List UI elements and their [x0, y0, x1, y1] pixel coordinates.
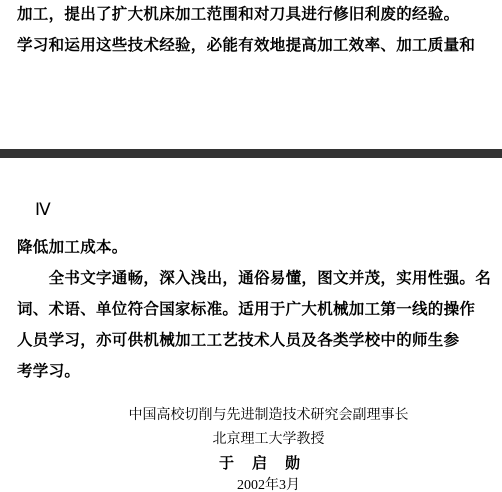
text-line: 全书文字通畅，深入浅出，通俗易懂，图文并茂，实用性强。名: [17, 268, 491, 288]
signature-date: 2002年3月: [0, 477, 502, 492]
page-number: Ⅳ: [35, 199, 51, 221]
page-divider: [0, 149, 502, 158]
text-line: 考学习。: [17, 361, 80, 381]
signature-affiliation: 北京理工大学教授: [0, 430, 502, 448]
text-line: 人员学习，亦可供机械加工工艺技术人员及各类学校中的师生参: [17, 330, 459, 350]
signature-title: 中国高校切削与先进制造技术研究会副理事长: [0, 406, 502, 424]
text-line: 词、术语、单位符合国家标准。适用于广大机械加工第一线的操作: [17, 299, 475, 319]
text-line: 加工，提出了扩大机床加工范围和对刀具进行修旧利废的经验。: [17, 4, 459, 24]
signature-name: 于启勋: [0, 454, 502, 472]
text-line: 降低加工成本。: [17, 237, 128, 257]
text-line: 学习和运用这些技术经验，必能有效地提高加工效率、加工质量和: [17, 35, 475, 55]
